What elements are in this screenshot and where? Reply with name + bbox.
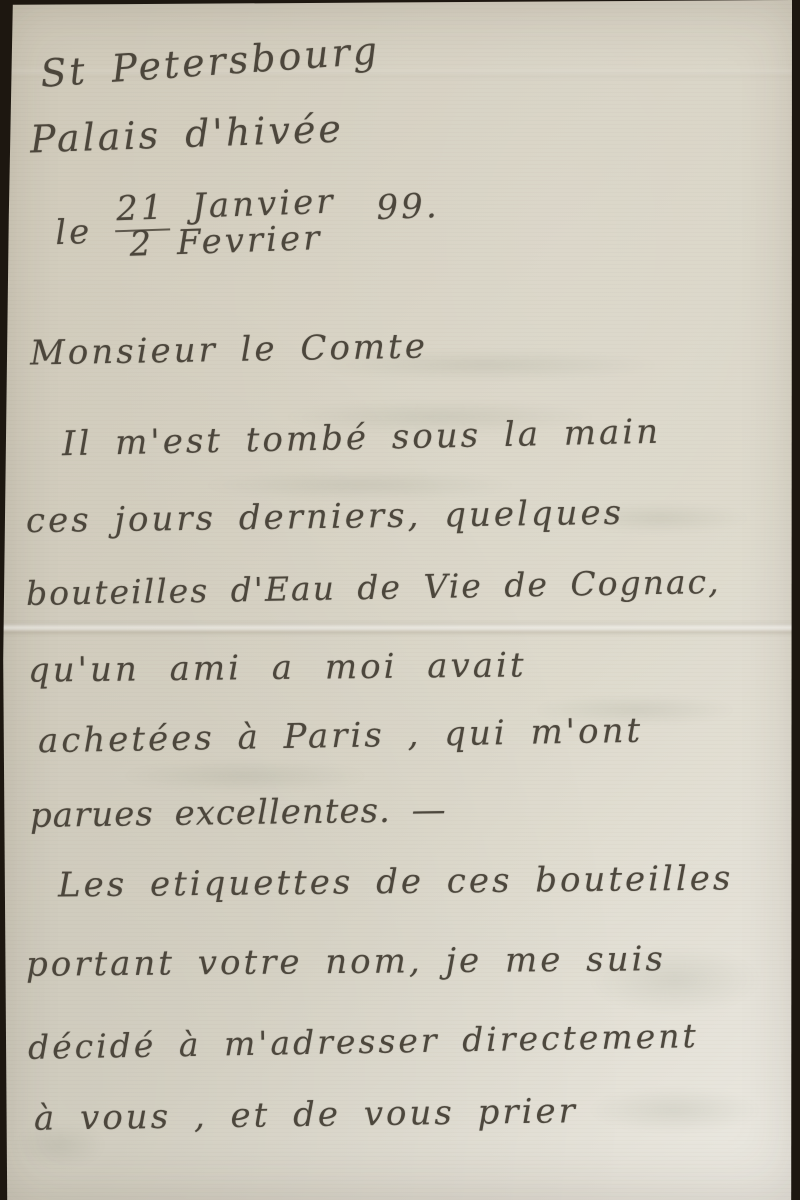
letter-line: ces jours derniers, quelques [26,493,625,541]
letter-line: à vous , et de vous prier [34,1091,578,1139]
fold-crease-middle [0,622,800,636]
ink-show-through [560,1080,790,1140]
letter-photo: St Petersbourg Palais d'hivée le 21 Janv… [0,0,800,1200]
letter-line: décidé à m'adresser directement [28,1016,699,1067]
letter-line: bouteilles d'Eau de Vie de Cognac, [26,562,721,613]
letter-line: achetées à Paris , qui m'ont [38,711,644,762]
letter-place-city: St Petersbourg [39,28,382,96]
letter-salutation: Monsieur le Comte [30,327,429,374]
letter-date: le 21 Janvier 2 Fevrier 99. [54,182,423,266]
letter-line: portant votre nom, je me suis [26,939,666,985]
date-old-style: 2 Fevrier [115,218,323,265]
date-prefix: le [55,212,93,253]
letter-paper: St Petersbourg Palais d'hivée le 21 Janv… [0,0,800,1200]
date-year: 99. [376,186,440,228]
date-fraction: 21 Janvier 2 Fevrier [114,185,338,264]
letter-line: qu'un ami a moi avait [28,645,527,690]
letter-line: Il m'est tombé sous la main [62,412,662,465]
letter-place-palace: Palais d'hivée [29,107,344,162]
letter-line: parues excellentes. — [30,790,447,836]
letter-line: Les etiquettes de ces bouteilles [58,858,734,905]
